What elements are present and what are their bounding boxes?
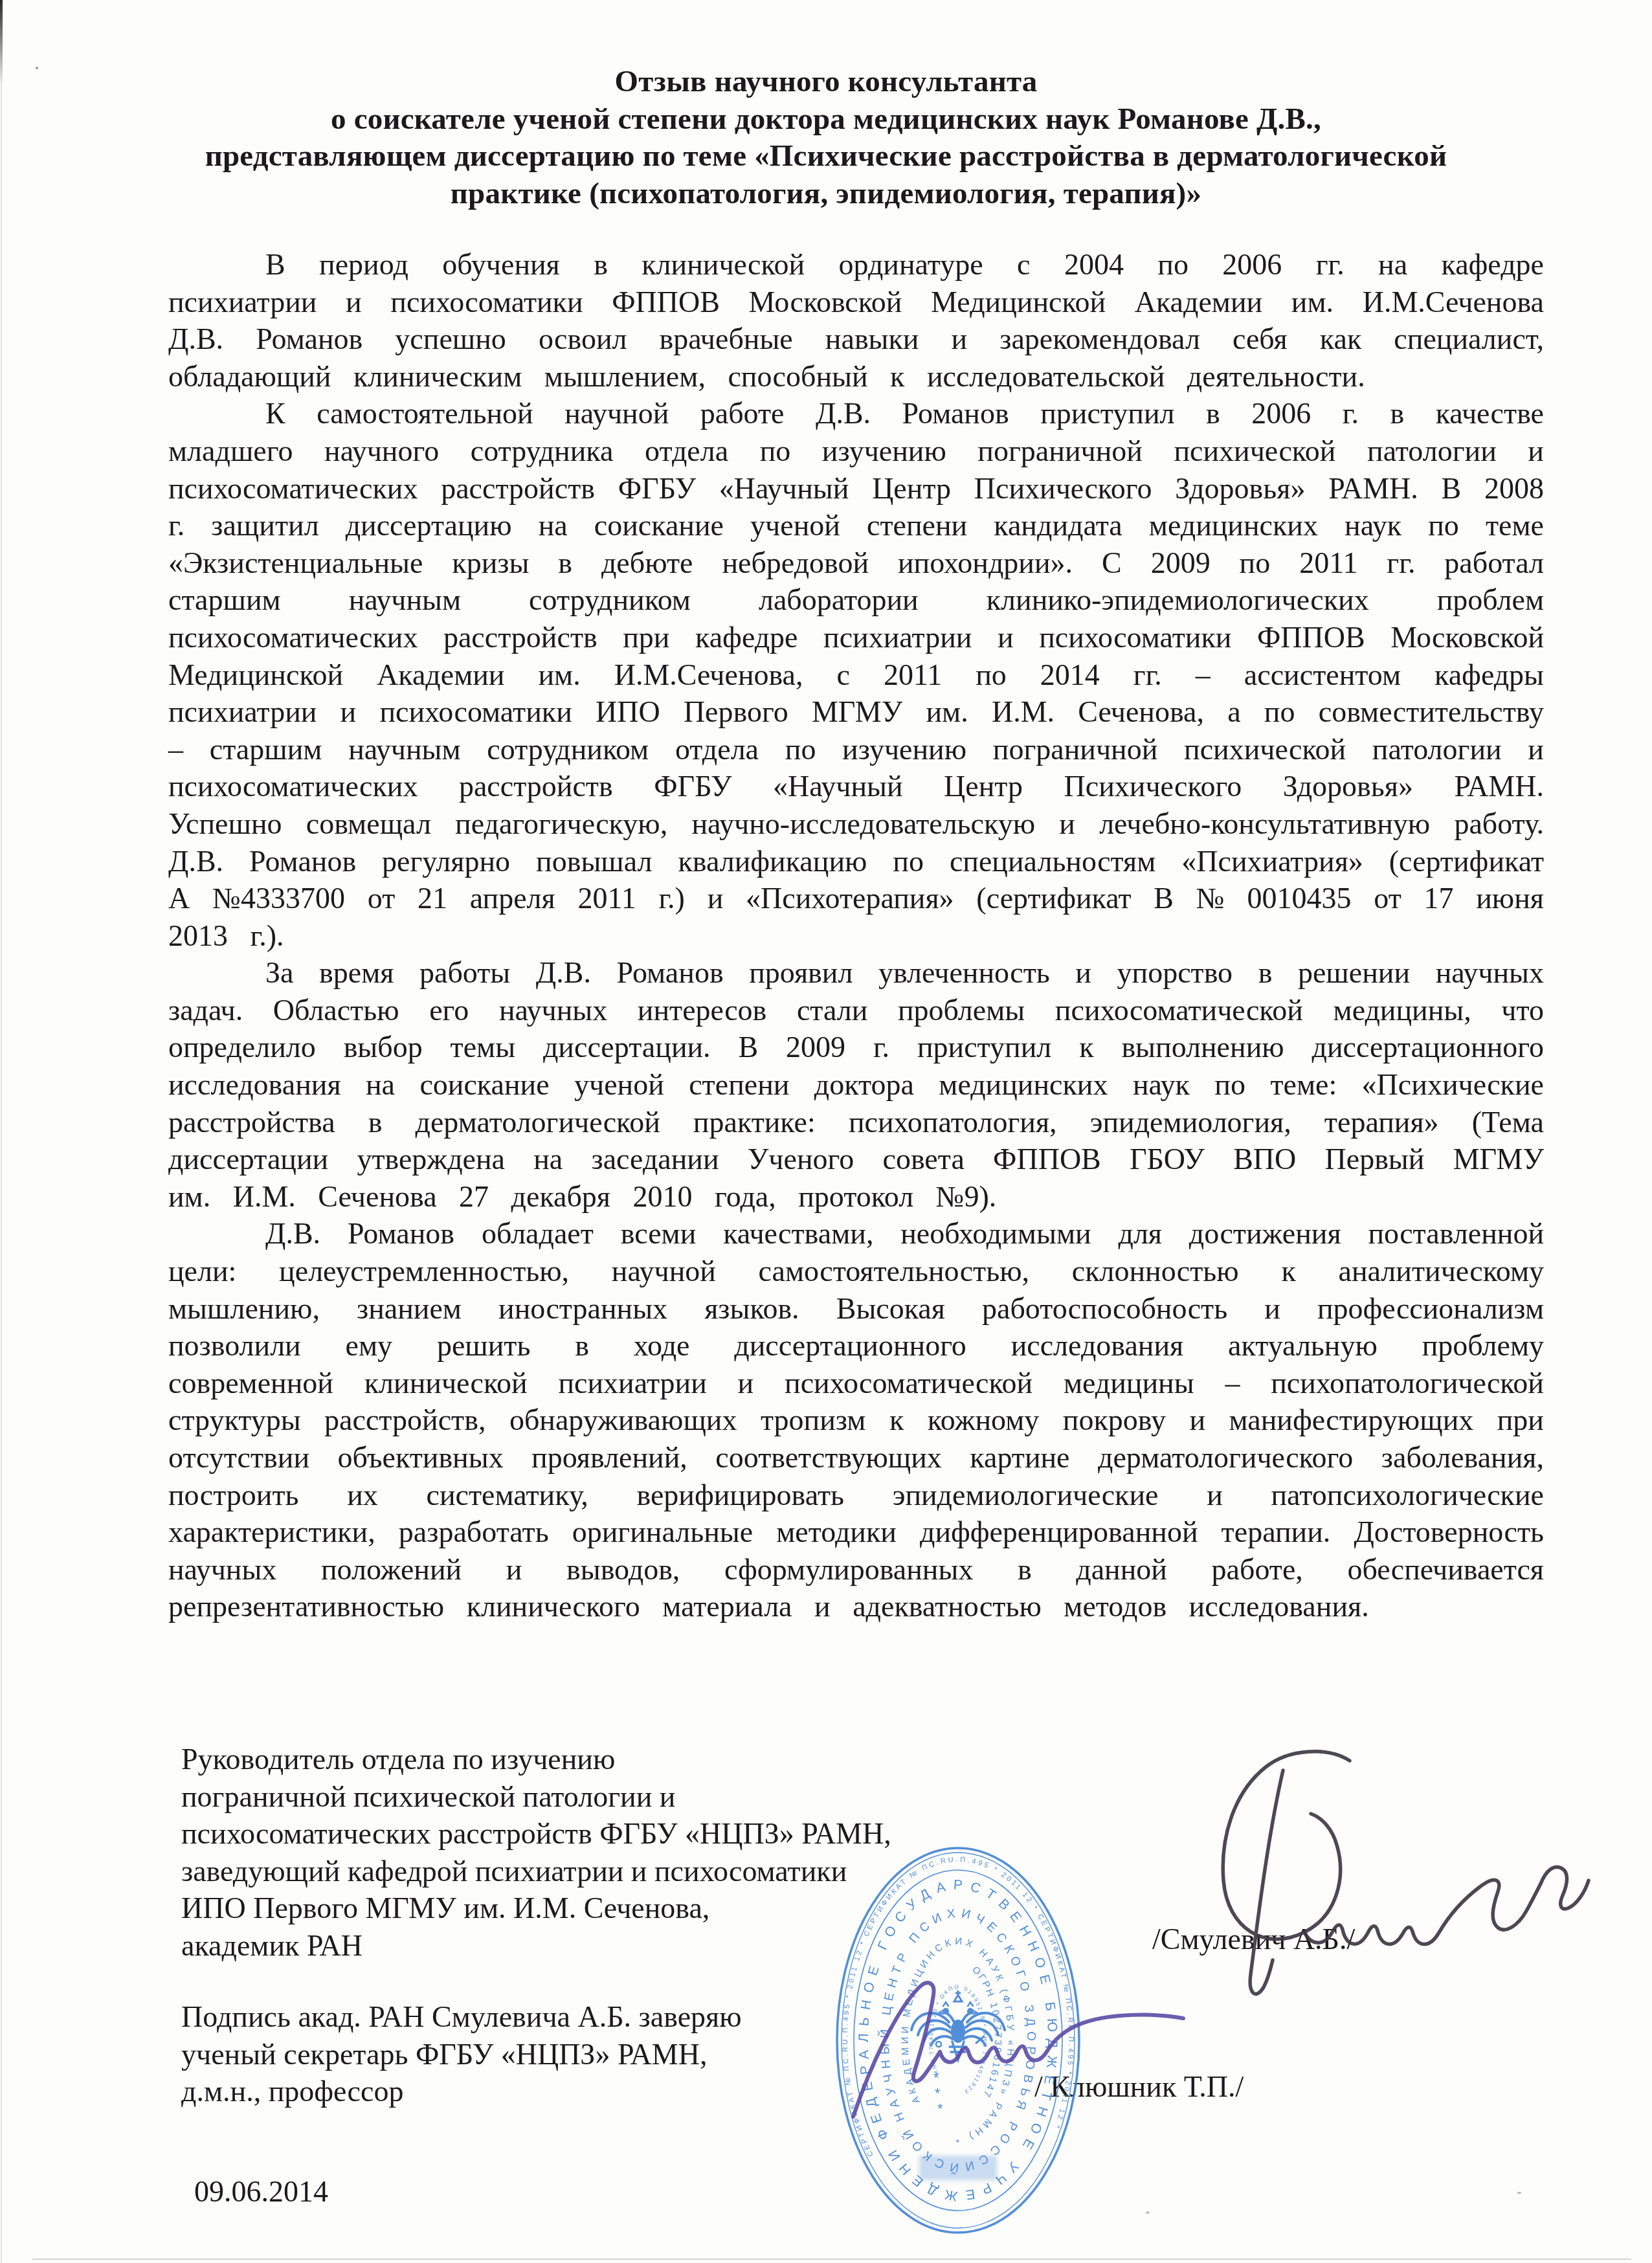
document-title: Отзыв научного консультанта о соискателе…: [114, 63, 1538, 212]
scan-artifact-line: [32, 2258, 1631, 2260]
stamp-star: *: [937, 2101, 943, 2117]
stamp-star: *: [935, 2085, 941, 2101]
stamp-codes-ring-text: ИНН 7724011923 * ОКПО 01895269 * ИНН 772…: [928, 1983, 988, 2096]
title-line: практике (психопатология, эпидемиология,…: [114, 175, 1538, 213]
document-body: В период обучения в клинической ординату…: [168, 246, 1544, 1625]
klyushnik-handwritten-signature: [835, 1961, 1198, 2130]
signatory-line: психосоматических расстройств ФГБУ «НЦПЗ…: [181, 1815, 891, 1853]
signatory-line: Подпись акад. РАН Смулевича А.Б. заверяю: [181, 1998, 742, 2036]
title-line: Отзыв научного консультанта: [114, 63, 1538, 101]
signatory-line: пограничной психической патологии и: [181, 1778, 891, 1816]
stamp-star: *: [933, 2069, 939, 2086]
paragraph: В период обучения в клинической ординату…: [168, 246, 1544, 395]
signatory-name-smulevich: /Смулевич А.Б./: [1152, 1922, 1355, 1956]
scan-artifact-edge: [1, 0, 2, 2263]
signatory-line: заведующий кафедрой психиатрии и психосо…: [181, 1853, 891, 1890]
stamp-center-name-ring-text: НАУЧНЫЙ ЦЕНТР ПСИХИЧЕСКОГО ЗДОРОВЬЯ РОСС…: [878, 1906, 1038, 2175]
smulevich-handwritten-signature: [1113, 1741, 1631, 2020]
paragraph: За время работы Д.В. Романов проявил увл…: [168, 954, 1544, 1215]
signatory-title-block-1: Руководитель отдела по изучению погранич…: [181, 1741, 891, 1965]
stamp-academy-ring-text: АКАДЕМИИ МЕДИЦИНСКИХ НАУК (ФГБУ «НЦПЗ» Р…: [900, 1936, 1016, 2145]
paragraph: Д.В. Романов обладает всеми качествами, …: [168, 1215, 1544, 1625]
scan-artifact-dot: [1146, 2211, 1150, 2214]
double-headed-eagle-emblem: [911, 1991, 1005, 2060]
signatory-name-klyushnik: / Клюшник Т.П./: [1034, 2069, 1244, 2104]
signatory-line: ИПО Первого МГМУ им. И.М. Сеченова,: [181, 1890, 891, 1927]
title-line: представляющем диссертацию по теме «Псих…: [114, 138, 1538, 175]
stamp-ogrn-text: ОГРН 1027739616147: [970, 1964, 1003, 2100]
scan-artifact-dot: [1517, 2192, 1521, 2194]
signatory-line: д.м.н., профессор: [181, 2073, 742, 2110]
paragraph: К самостоятельной научной работе Д.В. Ро…: [168, 395, 1544, 954]
stamp-ink-smudge: [919, 2156, 997, 2180]
signatory-line: академик РАН: [181, 1927, 891, 1965]
document-date: 09.06.2014: [194, 2174, 328, 2209]
signatory-line: Руководитель отдела по изучению: [181, 1741, 891, 1778]
title-line: о соискателе ученой степени доктора меди…: [114, 101, 1538, 139]
scan-artifact-edge: [0, 0, 3, 84]
signatory-line: ученый секретарь ФГБУ «НЦПЗ» РАМН,: [181, 2036, 742, 2073]
scan-artifact-dot: [36, 67, 38, 69]
signatory-title-block-2: Подпись акад. РАН Смулевича А.Б. заверяю…: [181, 1998, 742, 2110]
document-page: Отзыв научного консультанта о соискателе…: [0, 0, 1652, 2263]
